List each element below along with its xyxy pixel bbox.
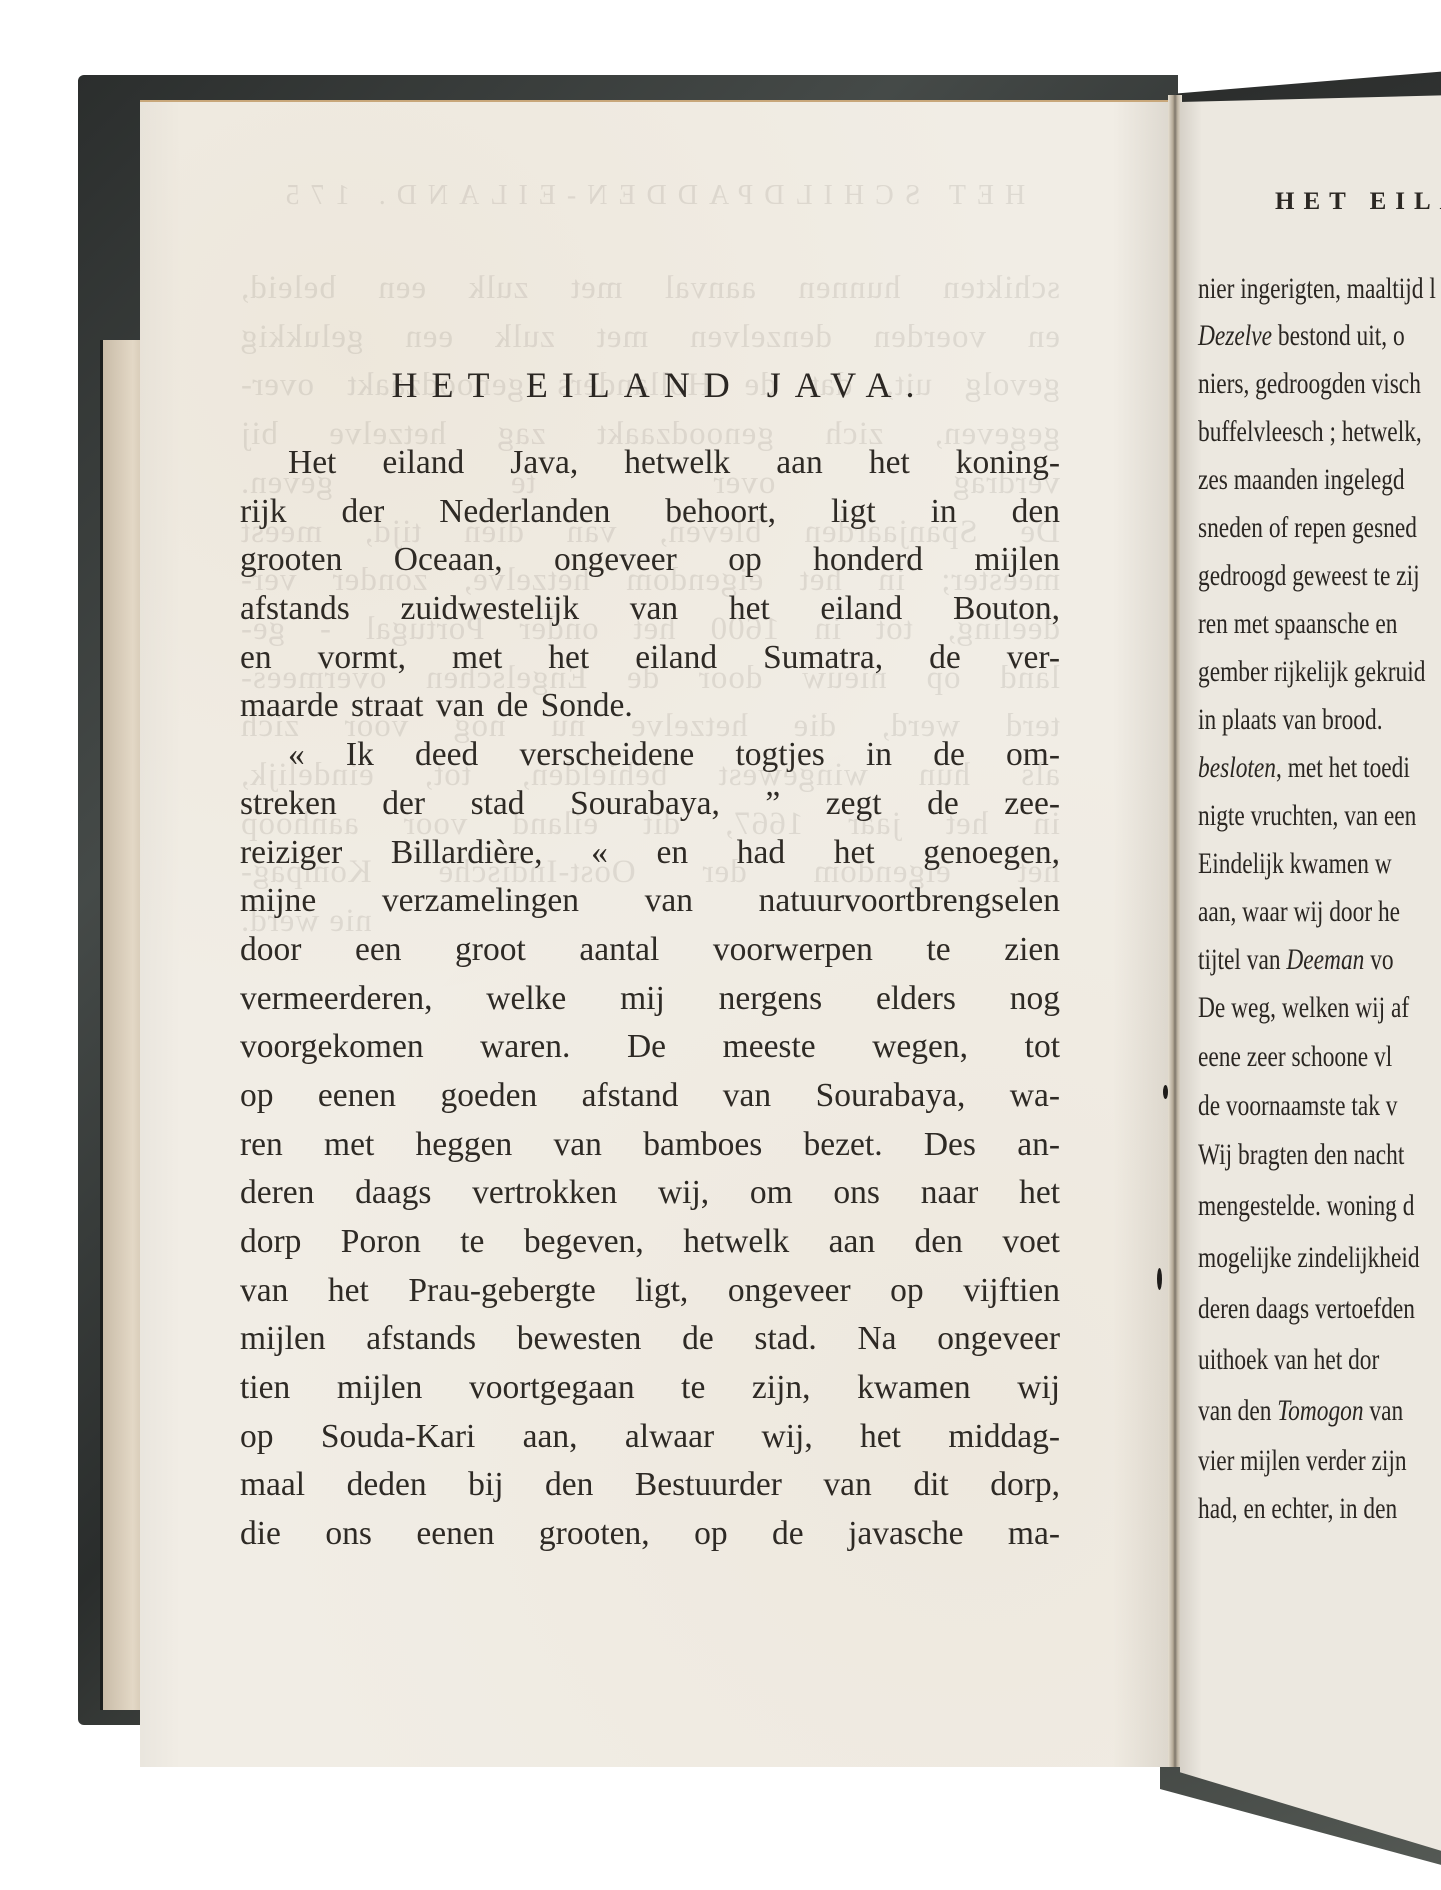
- text-line: aan, waar wij door he: [1198, 895, 1400, 929]
- text-line: mogelijke zindelijkheid: [1198, 1241, 1420, 1275]
- text-line: besloten, met het toedi: [1198, 751, 1410, 785]
- italic-text: Tomogon: [1277, 1394, 1363, 1427]
- book-gutter: [1168, 95, 1182, 1767]
- text-line: de voornaamste tak v: [1198, 1089, 1397, 1123]
- text-line: maarde straat van de Sonde.: [240, 682, 1060, 731]
- text-line: Wij bragten den nacht: [1198, 1138, 1404, 1172]
- text-line: buffelvleesch ; hetwelk,: [1198, 415, 1422, 449]
- text-line: grooten Oceaan, ongeveer op honderd mijl…: [240, 536, 1060, 585]
- text-line: nier ingerigten, maaltijd l: [1198, 272, 1436, 306]
- text-line: ren met heggen van bamboes bezet. Des an…: [240, 1121, 1060, 1170]
- text-line: die ons eenen grooten, op de javasche ma…: [240, 1510, 1060, 1559]
- text-line: maal deden bij den Bestuurder van dit do…: [240, 1461, 1060, 1510]
- text-line: afstands zuidwestelijk van het eiland Bo…: [240, 585, 1060, 634]
- text-line: van den Tomogon van: [1198, 1394, 1403, 1428]
- text-line: vier mijlen verder zijn: [1198, 1444, 1407, 1478]
- text-line: door een groot aantal voorwerpen te zien: [240, 926, 1060, 975]
- text-line: deren daags vertrokken wij, om ons naar …: [240, 1169, 1060, 1218]
- text-line: had, en echter, in den: [1198, 1492, 1397, 1526]
- text-line: ren met spaansche en: [1198, 607, 1397, 641]
- text-line: mijne verzamelingen van natuurvoortbreng…: [240, 877, 1060, 926]
- text-line: vermeerderen, welke mij nergens elders n…: [240, 975, 1060, 1024]
- text-line: uithoek van het dor: [1198, 1343, 1379, 1377]
- text-line: niers, gedroogden visch: [1198, 367, 1421, 401]
- text-line: deren daags vertoefden: [1198, 1292, 1415, 1326]
- text-line: voorgekomen waren. De meeste wegen, tot: [240, 1023, 1060, 1072]
- text-line: Eindelijk kwamen w: [1198, 847, 1392, 881]
- text-line: op eenen goeden afstand van Sourabaya, w…: [240, 1072, 1060, 1121]
- binding-mark: [1163, 1085, 1168, 1099]
- text-line: « Ik deed verscheidene togtjes in de om-: [240, 731, 1060, 780]
- binding-mark: [1157, 1268, 1162, 1290]
- text-line: reiziger Billardière, « en had het genoe…: [240, 829, 1060, 878]
- text-line: mengestelde. woning d: [1198, 1189, 1414, 1223]
- text-line: dorp Poron te begeven, hetwelk aan den v…: [240, 1218, 1060, 1267]
- text-line: in plaats van brood.: [1198, 703, 1383, 737]
- show-through-line: schikten hunnen aanval met zulk een bele…: [240, 270, 1060, 307]
- text-line: tien mijlen voortgegaan te zijn, kwamen …: [240, 1364, 1060, 1413]
- italic-text: Deeman: [1286, 943, 1364, 976]
- body-text: Het eiland Java, hetwelk aan het koning-…: [240, 439, 1060, 1559]
- left-page: HET SCHILDPADDEN-EILAND. 175 schikten hu…: [140, 100, 1175, 1767]
- text-line: rijk der Nederlanden behoort, ligt in de…: [240, 488, 1060, 537]
- text-line: streken der stad Sourabaya, ” zegt de ze…: [240, 780, 1060, 829]
- running-header: HET EILA: [1275, 188, 1441, 216]
- text-line: nigte vruchten, van een: [1198, 799, 1416, 833]
- text-line: Dezelve bestond uit, o: [1198, 319, 1405, 353]
- text-line: zes maanden ingelegd: [1198, 463, 1405, 497]
- text-line: eene zeer schoone vl: [1198, 1040, 1392, 1074]
- text-line: De weg, welken wij af: [1198, 991, 1409, 1025]
- text-line: en vormt, met het eiland Sumatra, de ver…: [240, 634, 1060, 683]
- text-line: gedroogd geweest te zij: [1198, 559, 1420, 593]
- text-line: van het Prau-gebergte ligt, ongeveer op …: [240, 1267, 1060, 1316]
- text-line: tijtel van Deeman vo: [1198, 943, 1394, 977]
- italic-text: Dezelve: [1198, 319, 1272, 352]
- text-line: sneden of repen gesned: [1198, 511, 1417, 545]
- text-line: mijlen afstands bewesten de stad. Na ong…: [240, 1315, 1060, 1364]
- italic-text: besloten: [1198, 751, 1276, 784]
- text-line: Het eiland Java, hetwelk aan het koning-: [240, 439, 1060, 488]
- show-through-line: en voerden denzelven met zulk een gelukk…: [240, 319, 1060, 356]
- show-through-header: HET SCHILDPADDEN-EILAND. 175: [240, 180, 1060, 212]
- text-line: op Souda-Kari aan, alwaar wij, het midda…: [240, 1413, 1060, 1462]
- text-line: gember rijkelijk gekruid: [1198, 655, 1425, 689]
- chapter-title: HET EILAND JAVA.: [290, 364, 1030, 406]
